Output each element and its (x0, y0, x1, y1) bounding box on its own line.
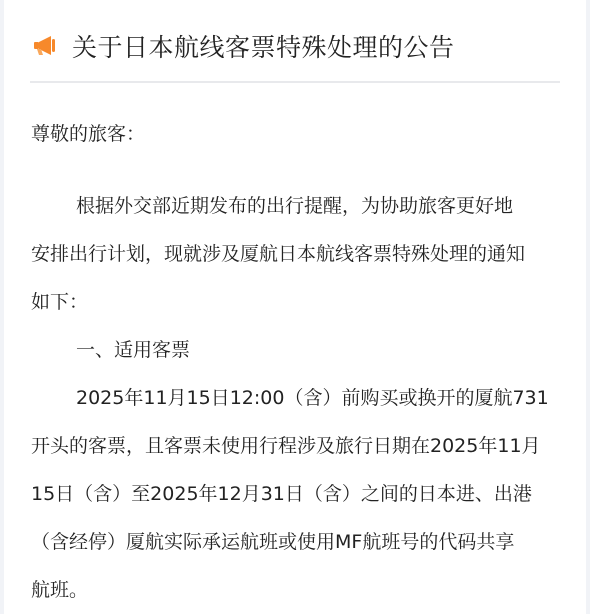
announcement-card: 关于日本航线客票特殊处理的公告 尊敬的旅客： 根据外交部近期发布的出行提醒，为协… (4, 0, 586, 614)
greeting: 尊敬的旅客： (31, 110, 571, 158)
intro-line-3: 如下： (31, 278, 571, 326)
section-line-5: 航班。 (31, 566, 571, 614)
section-line-4: （含经停）厦航实际承运航班或使用MF航班号的代码共享 (31, 518, 571, 566)
announcement-header: 关于日本航线客票特殊处理的公告 (32, 26, 455, 66)
announcement-body: 尊敬的旅客： 根据外交部近期发布的出行提醒，为协助旅客更好地 安排出行计划，现就… (31, 110, 571, 614)
header-divider (30, 81, 560, 83)
intro-line-1: 根据外交部近期发布的出行提醒，为协助旅客更好地 (31, 182, 571, 230)
section-line-3: 15日（含）至2025年12月31日（含）之间的日本进、出港 (31, 470, 571, 518)
section-line-1: 2025年11月15日12:00（含）前购买或换开的厦航731 (31, 374, 571, 422)
page-title: 关于日本航线客票特殊处理的公告 (72, 28, 455, 64)
section-line-2: 开头的客票，且客票未使用行程涉及旅行日期在2025年11月 (31, 422, 571, 470)
megaphone-icon (32, 34, 58, 58)
intro-line-2: 安排出行计划，现就涉及厦航日本航线客票特殊处理的通知 (31, 230, 571, 278)
section-heading: 一、适用客票 (31, 326, 571, 374)
